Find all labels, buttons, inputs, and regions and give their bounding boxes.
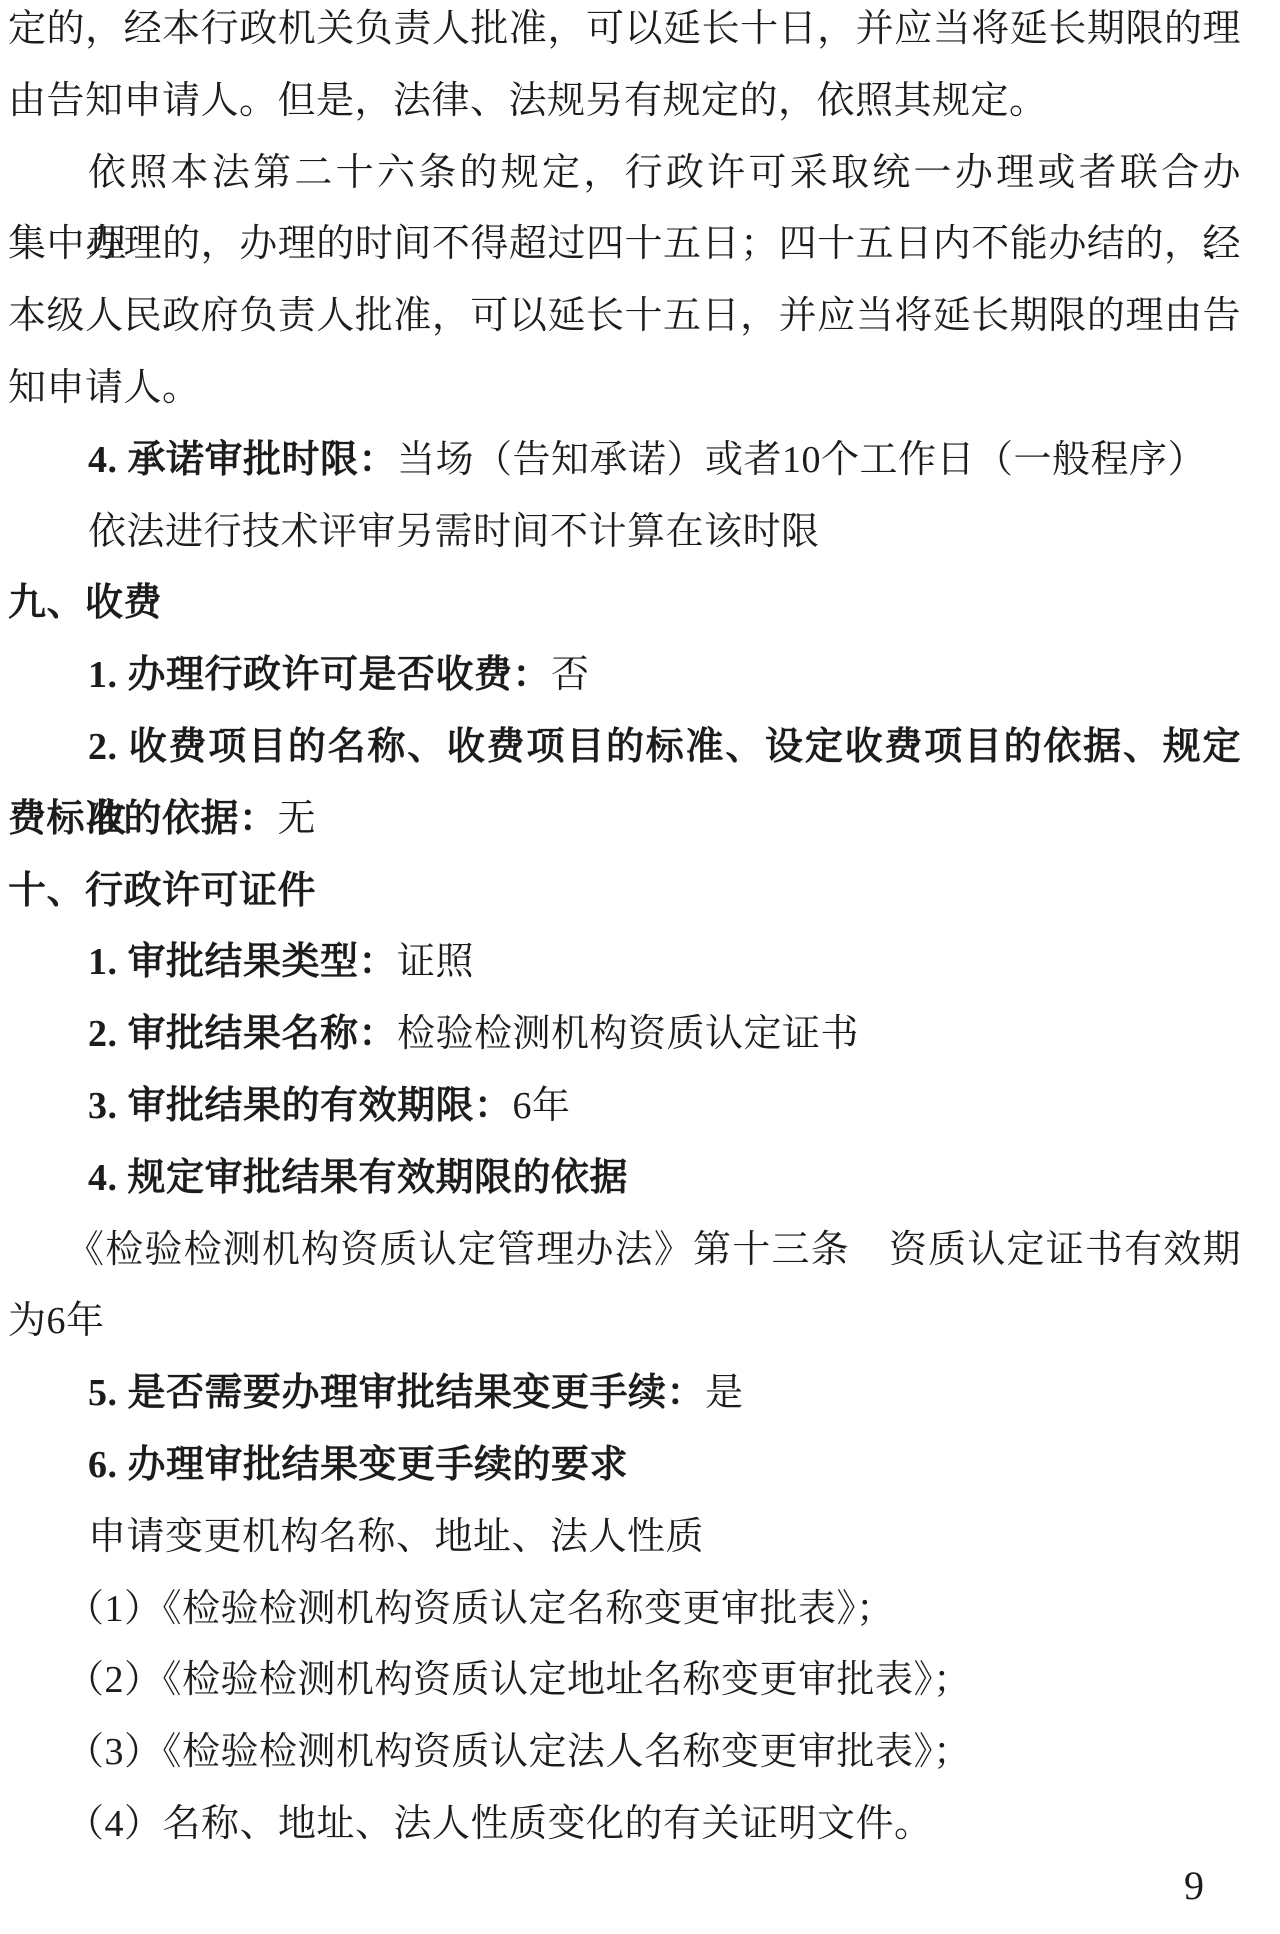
text-line: 《检验检测机构资质认定管理办法》第十三条 资质认定证书有效期 bbox=[8, 1215, 1241, 1287]
text-line: 4. 规定审批结果有效期限的依据 bbox=[8, 1143, 1241, 1215]
text-line: 2. 审批结果名称：检验检测机构资质认定证书 bbox=[8, 999, 1241, 1071]
heading-label-segment: 5. 是否需要办理审批结果变更手续： bbox=[88, 1372, 705, 1414]
text-line: 1. 办理行政许可是否收费：否 bbox=[8, 640, 1241, 712]
text-line: 依法进行技术评审另需时间不计算在该时限 bbox=[8, 497, 1241, 569]
text-line: 3. 审批结果的有效期限：6年 bbox=[8, 1071, 1241, 1143]
text-line: 6. 办理审批结果变更手续的要求 bbox=[8, 1430, 1241, 1502]
heading-label-segment: 十、行政许可证件 bbox=[8, 870, 316, 912]
text-segment: 是 bbox=[705, 1372, 744, 1414]
text-line: 1. 审批结果类型：证照 bbox=[8, 927, 1241, 999]
heading-label-segment: 3. 审批结果的有效期限： bbox=[88, 1085, 513, 1127]
text-segment: 为6年 bbox=[8, 1300, 105, 1342]
text-line: 为6年 bbox=[8, 1286, 1241, 1358]
text-line: 知申请人。 bbox=[8, 353, 1241, 425]
text-line: 九、收费 bbox=[8, 568, 1241, 640]
text-segment: 申请变更机构名称、地址、法人性质 bbox=[88, 1516, 704, 1558]
text-segment: （1）《检验检测机构资质认定名称变更审批表》； bbox=[66, 1588, 895, 1630]
text-line: 由告知申请人。但是，法律、法规另有规定的，依照其规定。 bbox=[8, 66, 1241, 138]
text-line: 费标准的依据：无 bbox=[8, 784, 1241, 856]
text-segment: 当场（告知承诺）或者10个工作日（一般程序） bbox=[397, 439, 1206, 481]
text-line: 定的，经本行政机关负责人批准，可以延长十日，并应当将延长期限的理 bbox=[8, 0, 1241, 66]
text-segment: 本级人民政府负责人批准，可以延长十五日，并应当将延长期限的理由告 bbox=[8, 295, 1241, 337]
text-line: 申请变更机构名称、地址、法人性质 bbox=[8, 1502, 1241, 1574]
text-segment: （4）名称、地址、法人性质变化的有关证明文件。 bbox=[66, 1803, 933, 1845]
text-segment: 否 bbox=[551, 654, 590, 696]
text-line: 2. 收费项目的名称、收费项目的标准、设定收费项目的依据、规定收 bbox=[8, 712, 1241, 784]
heading-label-segment: 2. 审批结果名称： bbox=[88, 1013, 397, 1055]
heading-label-segment: 1. 办理行政许可是否收费： bbox=[88, 654, 551, 696]
heading-label-segment: 1. 审批结果类型： bbox=[88, 941, 397, 983]
heading-label-segment: 九、收费 bbox=[8, 582, 162, 624]
text-segment: 6年 bbox=[513, 1085, 571, 1127]
text-line: 十、行政许可证件 bbox=[8, 856, 1241, 928]
text-segment: （2）《检验检测机构资质认定地址名称变更审批表》； bbox=[66, 1659, 972, 1701]
text-segment: 无 bbox=[278, 798, 317, 840]
text-line: 集中办理的，办理的时间不得超过四十五日；四十五日内不能办结的，经 bbox=[8, 209, 1241, 281]
text-segment: 依法进行技术评审另需时间不计算在该时限 bbox=[88, 511, 820, 553]
text-segment: 定的，经本行政机关负责人批准，可以延长十日，并应当将延长期限的理 bbox=[8, 8, 1241, 50]
heading-label-segment: 费标准的依据： bbox=[8, 798, 278, 840]
text-segment: 由告知申请人。但是，法律、法规另有规定的，依照其规定。 bbox=[8, 80, 1048, 122]
text-line: （3）《检验检测机构资质认定法人名称变更审批表》； bbox=[8, 1717, 1241, 1789]
page-number: 9 bbox=[1184, 1862, 1204, 1910]
heading-label-segment: 4. 承诺审批时限： bbox=[88, 439, 397, 481]
text-segment: 知申请人。 bbox=[8, 367, 201, 409]
text-segment: 证照 bbox=[397, 941, 474, 983]
text-line: （4）名称、地址、法人性质变化的有关证明文件。 bbox=[8, 1789, 1241, 1861]
heading-label-segment: 6. 办理审批结果变更手续的要求 bbox=[88, 1444, 628, 1486]
text-segment: 集中办理的，办理的时间不得超过四十五日；四十五日内不能办结的，经 bbox=[8, 223, 1241, 265]
text-line: 4. 承诺审批时限：当场（告知承诺）或者10个工作日（一般程序） bbox=[8, 425, 1241, 497]
text-segment: （3）《检验检测机构资质认定法人名称变更审批表》； bbox=[66, 1731, 972, 1773]
text-line: 依照本法第二十六条的规定，行政许可采取统一办理或者联合办理、 bbox=[8, 138, 1241, 210]
document-content: 定的，经本行政机关负责人批准，可以延长十日，并应当将延长期限的理由告知申请人。但… bbox=[8, 0, 1241, 1861]
text-line: 本级人民政府负责人批准，可以延长十五日，并应当将延长期限的理由告 bbox=[8, 281, 1241, 353]
text-segment: 《检验检测机构资质认定管理办法》第十三条 资质认定证书有效期 bbox=[66, 1229, 1241, 1271]
document-page: 定的，经本行政机关负责人批准，可以延长十日，并应当将延长期限的理由告知申请人。但… bbox=[0, 0, 1280, 1934]
text-segment: 检验检测机构资质认定证书 bbox=[397, 1013, 859, 1055]
text-line: （2）《检验检测机构资质认定地址名称变更审批表》； bbox=[8, 1645, 1241, 1717]
text-line: 5. 是否需要办理审批结果变更手续：是 bbox=[8, 1358, 1241, 1430]
text-line: （1）《检验检测机构资质认定名称变更审批表》； bbox=[8, 1574, 1241, 1646]
heading-label-segment: 4. 规定审批结果有效期限的依据 bbox=[88, 1157, 628, 1199]
